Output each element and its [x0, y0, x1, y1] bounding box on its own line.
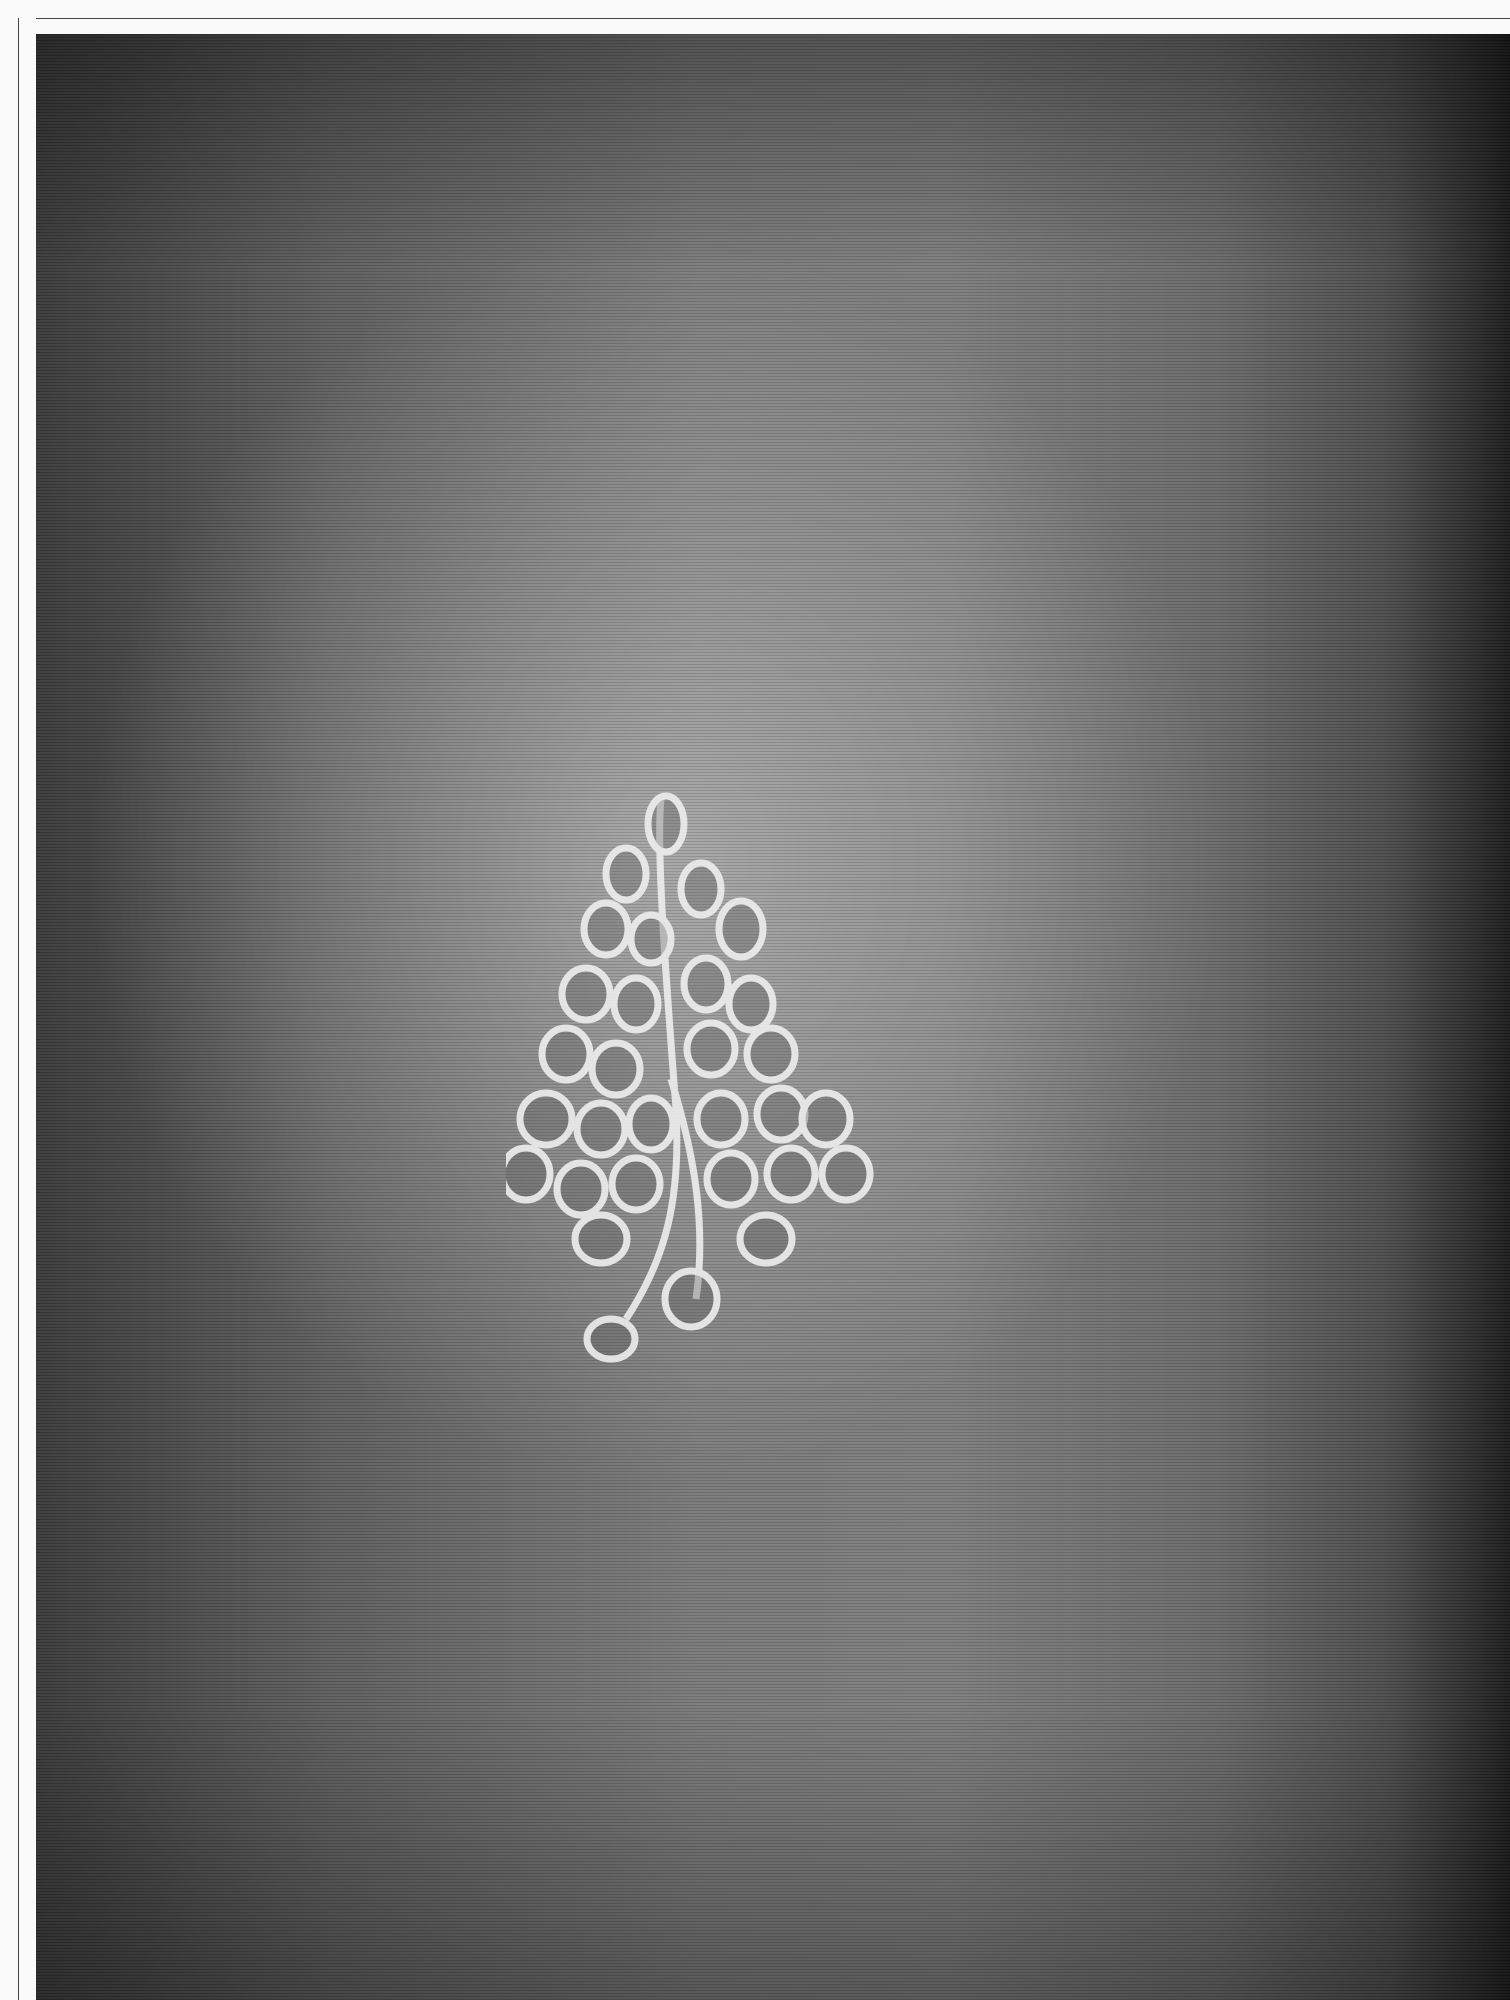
left-ruler — [0, 18, 36, 2000]
tree-watermark — [506, 779, 906, 1379]
top-ruler — [18, 0, 1510, 34]
manuscript-scan — [36, 34, 1510, 2000]
